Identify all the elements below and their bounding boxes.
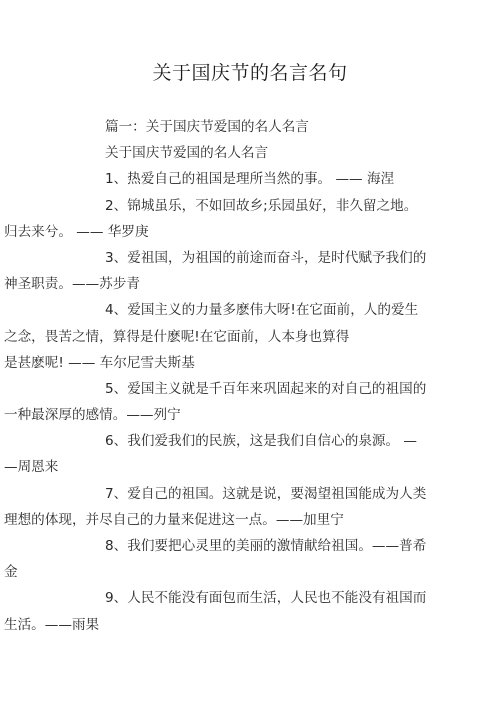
quote-line: 7、爱自己的祖国。这就是说，要渴望祖国能成为人类	[77, 481, 437, 507]
quote-line: 之念，畏苦之情，算得是什麽呢!在它面前，人本身也算得	[4, 324, 437, 350]
quote-line: 神圣职责。——苏步青	[4, 271, 437, 297]
quote-line: —周恩来	[4, 454, 437, 480]
quote-line: 2、锦城虽乐，不如回故乡;乐园虽好，非久留之地。	[77, 193, 437, 219]
quote-line: 理想的体现，并尽自己的力量来促进这一点。——加里宁	[4, 507, 437, 533]
quote-8: 8、我们要把心灵里的美丽的激情献给祖国。——普希 金	[77, 533, 437, 585]
quote-line: 一种最深厚的感情。——列宁	[4, 402, 437, 428]
quote-line: 3、爱祖国，为祖国的前途而奋斗，是时代赋予我们的	[77, 245, 437, 271]
quote-1: 1、热爱自己的祖国是理所当然的事。 —— 海涅	[77, 166, 437, 192]
quote-3: 3、爱祖国，为祖国的前途而奋斗，是时代赋予我们的 神圣职责。——苏步青	[77, 245, 437, 297]
quote-line: 9、人民不能没有面包而生活，人民也不能没有祖国而	[77, 585, 437, 611]
quote-line: 5、爱国主义就是千百年来巩固起来的对自己的祖国的	[77, 376, 437, 402]
quote-9: 9、人民不能没有面包而生活，人民也不能没有祖国而 生活。——雨果	[77, 585, 437, 637]
quote-6: 6、我们爱我们的民族，这是我们自信心的泉源。 — —周恩来	[77, 428, 437, 480]
quote-line: 8、我们要把心灵里的美丽的激情献给祖国。——普希	[77, 533, 437, 559]
subheading: 关于国庆节爱国的名人名言	[77, 140, 437, 166]
quote-2: 2、锦城虽乐，不如回故乡;乐园虽好，非久留之地。 归去来兮。 —— 华罗庚	[77, 193, 437, 245]
section-heading: 篇一：关于国庆节爱国的名人名言	[77, 114, 437, 140]
quote-line: 4、爱国主义的力量多麽伟大呀!在它面前，人的爱生	[77, 297, 437, 323]
quote-line: 是甚麽呢! —— 车尔尼雪夫斯基	[4, 350, 437, 376]
document-body: 篇一：关于国庆节爱国的名人名言 关于国庆节爱国的名人名言 1、热爱自己的祖国是理…	[77, 114, 437, 638]
quote-line: 归去来兮。 —— 华罗庚	[4, 219, 437, 245]
quote-line: 生活。——雨果	[4, 612, 437, 638]
quote-line: 1、热爱自己的祖国是理所当然的事。 —— 海涅	[77, 166, 437, 192]
quote-4: 4、爱国主义的力量多麽伟大呀!在它面前，人的爱生 之念，畏苦之情，算得是什麽呢!…	[77, 297, 437, 376]
quote-line: 6、我们爱我们的民族，这是我们自信心的泉源。 —	[77, 428, 437, 454]
quote-5: 5、爱国主义就是千百年来巩固起来的对自己的祖国的 一种最深厚的感情。——列宁	[77, 376, 437, 428]
quote-line: 金	[4, 559, 437, 585]
document-page: 关于国庆节的名言名句 篇一：关于国庆节爱国的名人名言 关于国庆节爱国的名人名言 …	[0, 0, 500, 707]
document-title: 关于国庆节的名言名句	[0, 60, 500, 86]
quote-7: 7、爱自己的祖国。这就是说，要渴望祖国能成为人类 理想的体现，并尽自己的力量来促…	[77, 481, 437, 533]
